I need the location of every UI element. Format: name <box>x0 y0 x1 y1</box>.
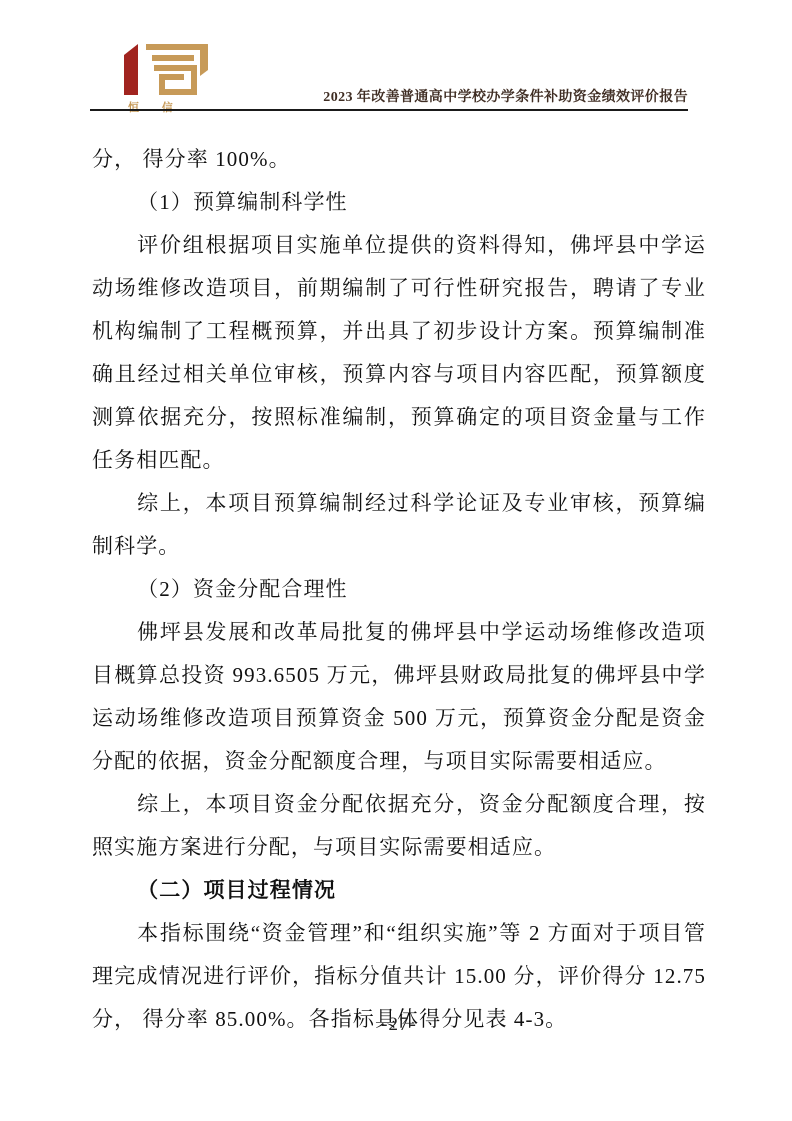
section-heading-project-process: （二）项目过程情况 <box>92 869 706 912</box>
logo-brand-text: 恒 信 <box>116 99 226 115</box>
paragraph-fund-detail: 佛坪县发展和改革局批复的佛坪县中学运动场维修改造项目概算总投资 993.6505… <box>92 611 706 783</box>
paragraph-continuation: 分， 得分率 100%。 <box>92 138 706 181</box>
paragraph-budget-summary: 综上，本项目预算编制经过科学论证及专业审核，预算编制科学。 <box>92 482 706 568</box>
page-footer: -27- <box>92 1014 706 1036</box>
report-header-title: 2023 年改善普通高中学校办学条件补助资金绩效评价报告 <box>323 86 688 106</box>
paragraph-fund-summary: 综上，本项目资金分配依据充分，资金分配额度合理，按照实施方案进行分配，与项目实际… <box>92 783 706 869</box>
subheading-budget-science: （1）预算编制科学性 <box>92 181 706 224</box>
document-body: 分， 得分率 100%。 （1）预算编制科学性 评价组根据项目实施单位提供的资料… <box>92 138 706 1041</box>
company-logo: 恒 信 <box>116 40 226 115</box>
paragraph-budget-detail: 评价组根据项目实施单位提供的资料得知，佛坪县中学运动场维修改造项目，前期编制了可… <box>92 224 706 482</box>
hengxin-logo-icon <box>116 40 216 98</box>
page-number: -27- <box>381 1014 417 1035</box>
subheading-fund-allocation: （2）资金分配合理性 <box>92 568 706 611</box>
document-page: 恒 信 2023 年改善普通高中学校办学条件补助资金绩效评价报告 分， 得分率 … <box>0 0 792 1121</box>
header-divider <box>90 109 688 111</box>
